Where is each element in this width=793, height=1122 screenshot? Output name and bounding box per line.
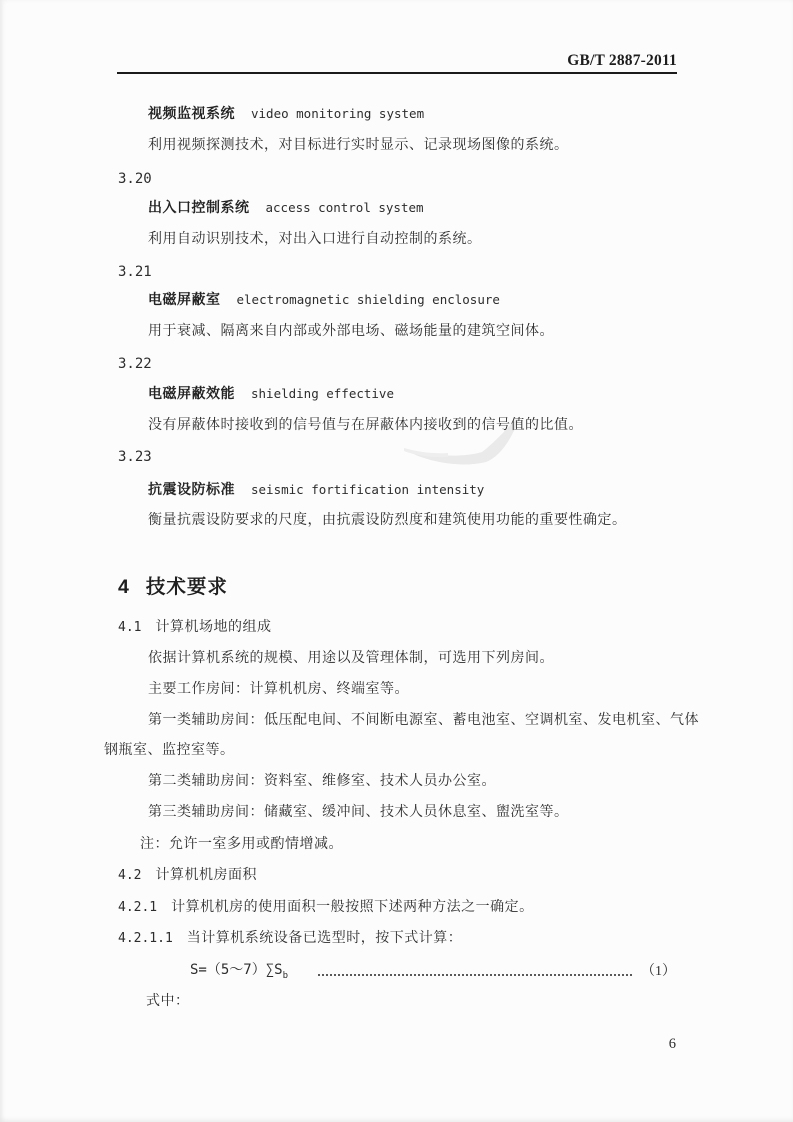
term-definition: 用于衰减、隔离来自内部或外部电场、磁场能量的建筑空间体。 — [148, 322, 554, 342]
paragraph: 第一类辅助房间：低压配电间、不间断电源室、蓄电池室、空调机室、发电机室、气体 — [148, 711, 699, 731]
clause-heading: 4.1计算机场地的组成 — [118, 618, 271, 638]
doc-number: GB/T 2887-2011 — [104, 52, 677, 70]
clause-number: 3.23 — [118, 447, 152, 467]
formula-leader-dots — [318, 966, 632, 976]
term-zh: 出入口控制系统 — [148, 201, 250, 216]
paragraph: 主要工作房间：计算机机房、终端室等。 — [148, 680, 409, 700]
term-zh: 抗震设防标准 — [148, 483, 235, 498]
section-number: 4 — [118, 576, 129, 598]
note: 注：允许一室多用或酌情增减。 — [140, 835, 343, 855]
clause-number: 3.21 — [118, 262, 152, 282]
formula-expression: S=（5～7）∑S — [190, 962, 283, 978]
term-zh: 电磁屏蔽效能 — [148, 387, 235, 402]
where-label: 式中： — [146, 992, 190, 1012]
term-definition: 利用视频探测技术，对目标进行实时显示、记录现场图像的系统。 — [148, 136, 569, 156]
term-definition: 衡量抗震设防要求的尺度，由抗震设防烈度和建筑使用功能的重要性确定。 — [148, 511, 627, 531]
term-zh: 电磁屏蔽室 — [148, 293, 221, 308]
header-rule — [117, 72, 677, 74]
paragraph: 第三类辅助房间：储藏室、缓冲间、技术人员休息室、盥洗室等。 — [148, 803, 569, 823]
term-line: 视频监视系统video monitoring system — [148, 104, 424, 125]
clause-title: 计算机场地的组成 — [155, 620, 271, 635]
term-en: shielding effective — [251, 386, 394, 401]
clause-number: 4.2.1 — [118, 900, 157, 915]
term-definition: 利用自动识别技术，对出入口进行自动控制的系统。 — [148, 230, 482, 250]
document-page: GB/T 2887-2011 视频监视系统video monitoring sy… — [0, 0, 793, 1122]
equation-number: （1） — [641, 960, 676, 980]
term-line: 电磁屏蔽室electromagnetic shielding enclosure — [148, 290, 500, 311]
paragraph-continuation: 钢瓶室、监控室等。 — [104, 741, 235, 761]
term-en: electromagnetic shielding enclosure — [237, 292, 500, 307]
clause-number: 3.22 — [118, 354, 152, 374]
clause-text: 计算机机房的使用面积一般按照下述两种方法之一确定。 — [171, 900, 534, 915]
term-en: access control system — [266, 200, 424, 215]
paragraph: 第二类辅助房间：资料室、维修室、技术人员办公室。 — [148, 772, 496, 792]
term-line: 电磁屏蔽效能shielding effective — [148, 384, 394, 405]
term-en: video monitoring system — [251, 106, 424, 121]
clause-number: 4.2 — [118, 868, 141, 883]
clause-number: 4.2.1.1 — [118, 931, 173, 946]
term-definition: 没有屏蔽体时接收到的信号值与在屏蔽体内接收到的信号值的比值。 — [148, 416, 583, 436]
clause-text: 当计算机系统设备已选型时，按下式计算： — [187, 931, 463, 946]
section-title: 技术要求 — [146, 576, 228, 598]
paragraph: 依据计算机系统的规模、用途以及管理体制，可选用下列房间。 — [148, 649, 554, 669]
term-line: 抗震设防标准seismic fortification intensity — [148, 480, 484, 501]
term-zh: 视频监视系统 — [148, 107, 235, 122]
clause-paragraph: 4.2.1.1当计算机系统设备已选型时，按下式计算： — [118, 929, 462, 949]
formula-subscript: b — [283, 971, 288, 981]
page-number: 6 — [669, 1036, 676, 1053]
clause-number: 3.20 — [118, 169, 152, 189]
term-line: 出入口控制系统access control system — [148, 198, 424, 219]
clause-heading: 4.2计算机机房面积 — [118, 866, 257, 886]
clause-paragraph: 4.2.1计算机机房的使用面积一般按照下述两种方法之一确定。 — [118, 898, 534, 918]
term-en: seismic fortification intensity — [251, 482, 484, 497]
clause-number: 4.1 — [118, 620, 141, 635]
formula: S=（5～7）∑Sb — [190, 960, 288, 986]
section-heading: 4技术要求 — [118, 571, 228, 599]
clause-title: 计算机机房面积 — [155, 868, 257, 883]
